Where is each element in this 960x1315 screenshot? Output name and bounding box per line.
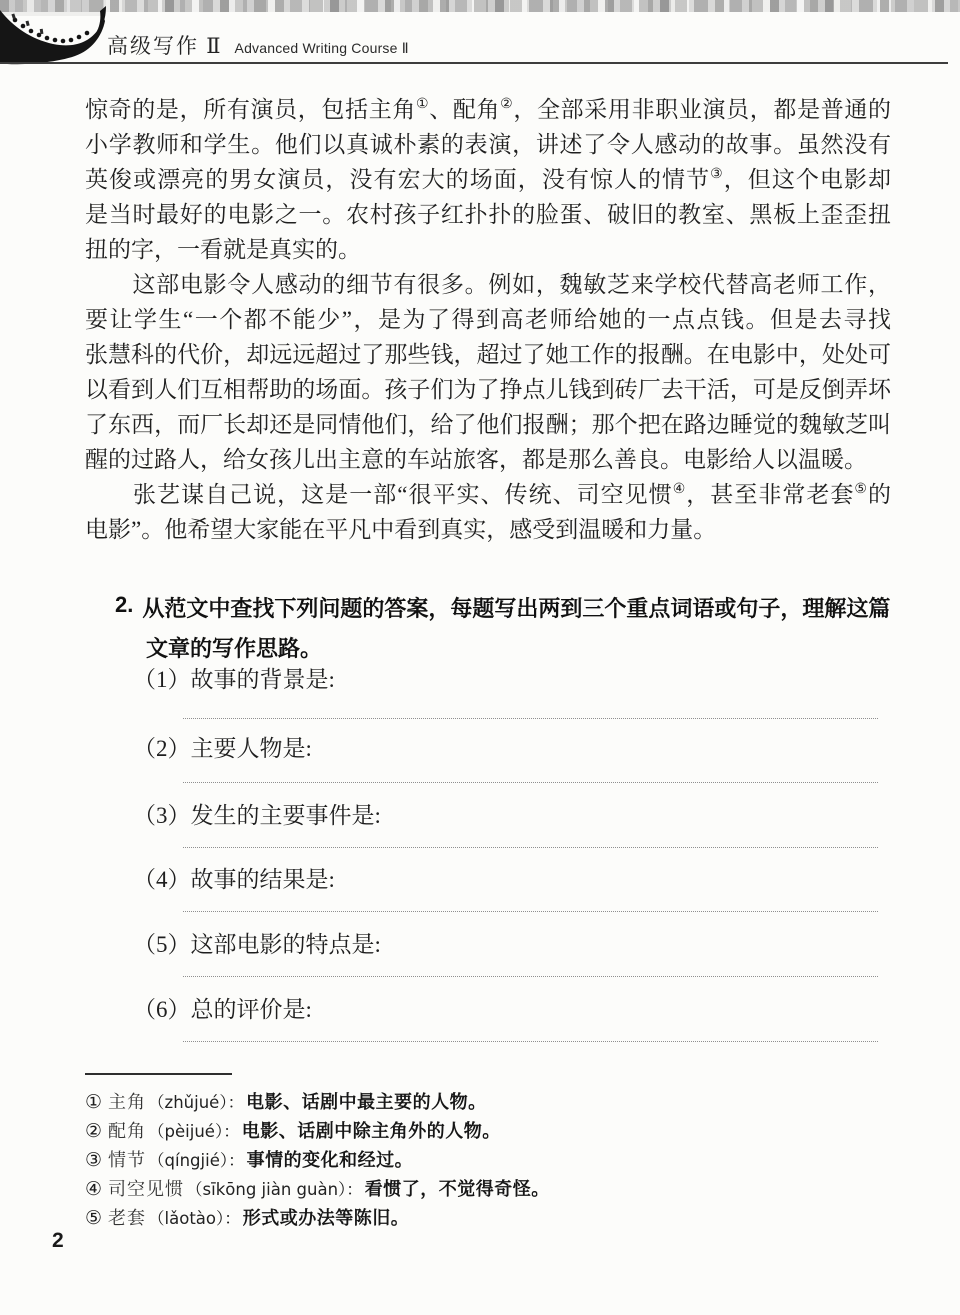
footnote-definition: 事情的变化和经过。 xyxy=(247,1146,414,1172)
footnote-term: 主角 xyxy=(108,1088,146,1114)
scan-noise-band xyxy=(0,0,960,12)
footnote-definition: 电影、话剧中除主角外的人物。 xyxy=(242,1117,501,1143)
footnote-marker: ④ xyxy=(85,1178,102,1201)
passage-line: 电影”。他希望大家能在平凡中看到真实，感受到温暖和力量。 xyxy=(85,512,891,547)
passage-line: 了东西，而厂长却还是同情他们，给了他们报酬；那个把在路边睡觉的魏敏芝叫 xyxy=(85,407,891,442)
footnote-marker: ② xyxy=(85,1120,102,1143)
footnote-definition: 电影、话剧中最主要的人物。 xyxy=(246,1088,487,1114)
passage-line: 醒的过路人，给女孩儿出主意的车站旅客，都是那么善良。电影给人以温暖。 xyxy=(85,442,891,477)
footnote-definition: 看惯了，不觉得奇怪。 xyxy=(365,1175,550,1201)
exercise-heading: 2. 从范文中查找下列问题的答案，每题写出两到三个重点词语或句子，理解这篇 文章… xyxy=(115,592,905,663)
footnote-separator xyxy=(85,1073,232,1075)
answer-line-2 xyxy=(183,782,878,783)
footnote-pinyin: （lǎotào）： xyxy=(148,1205,241,1229)
passage-line: 这部电影令人感动的细节有很多。例如，魏敏芝来学校代替高老师工作， xyxy=(85,267,891,302)
passage-line: 以看到人们互相帮助的场面。孩子们为了挣点儿钱到砖厂去干活，可是反倒弄坏 xyxy=(85,372,891,407)
answer-line-3 xyxy=(183,847,878,848)
passage-line: 张慧科的代价，却远远超过了那些钱，超过了她工作的报酬。在电影中，处处可 xyxy=(85,337,891,372)
question-label-3: （3）发生的主要事件是: xyxy=(133,797,381,830)
course-title-zh: 高级写作 Ⅱ xyxy=(107,30,223,60)
textbook-page: { "header": { "title_zh": "高级写作 Ⅱ", "tit… xyxy=(0,0,960,1315)
answer-line-5 xyxy=(183,976,878,977)
answer-line-6 xyxy=(183,1041,878,1042)
passage-line: 英俊或漂亮的男女演员，没有宏大的场面，没有惊人的情节③，但这个电影却 xyxy=(85,162,891,197)
exercise-instruction-line2: 文章的写作思路。 xyxy=(146,632,905,663)
footnote-item: ④ 司空见惯 （sīkōng jiàn guàn）： 看惯了，不觉得奇怪。 xyxy=(85,1175,550,1201)
question-label-6: （6）总的评价是: xyxy=(133,991,312,1024)
footnote-item: ⑤ 老套 （lǎotào）： 形式或办法等陈旧。 xyxy=(85,1204,409,1230)
footnote-term: 配角 xyxy=(108,1117,146,1143)
passage-line: 是当时最好的电影之一。农村孩子红扑扑的脸蛋、破旧的教室、黑板上歪歪扭 xyxy=(85,197,891,232)
footnote-item: ① 主角 （zhǔjué）： 电影、话剧中最主要的人物。 xyxy=(85,1088,487,1114)
footnote-term: 司空见惯 xyxy=(108,1175,184,1201)
course-title-en: Advanced Writing Course Ⅱ xyxy=(235,40,409,57)
passage-line: 张艺谋自己说，这是一部“很平实、传统、司空见惯④，甚至非常老套⑤的 xyxy=(85,477,891,512)
footnote-definition: 形式或办法等陈旧。 xyxy=(243,1204,410,1230)
temple-roof-image xyxy=(0,0,106,66)
passage-line: 要让学生“一个都不能少”，是为了得到高老师给她的一点点钱。但是去寻找 xyxy=(85,302,891,337)
passage-line: 惊奇的是，所有演员，包括主角①、配角②，全部采用非职业演员，都是普通的 xyxy=(85,92,891,127)
footnote-marker: ⑤ xyxy=(85,1207,102,1230)
footnote-pinyin: （qíngjié）： xyxy=(148,1147,245,1171)
exercise-instruction-line1: 从范文中查找下列问题的答案，每题写出两到三个重点词语或句子，理解这篇 xyxy=(142,592,890,623)
footnote-term: 情节 xyxy=(108,1146,146,1172)
question-label-2: （2）主要人物是: xyxy=(133,730,312,763)
footnote-pinyin: （sīkōng jiàn guàn）： xyxy=(186,1176,363,1200)
question-label-4: （4）故事的结果是: xyxy=(133,861,335,894)
header-rule xyxy=(0,62,948,64)
reading-passage: 惊奇的是，所有演员，包括主角①、配角②，全部采用非职业演员，都是普通的 小学教师… xyxy=(85,92,891,547)
footnote-item: ③ 情节 （qíngjié）： 事情的变化和经过。 xyxy=(85,1146,413,1172)
page-number: 2 xyxy=(52,1229,64,1253)
footnote-marker: ③ xyxy=(85,1149,102,1172)
question-label-5: （5）这部电影的特点是: xyxy=(133,926,381,959)
footnote-pinyin: （zhǔjué）： xyxy=(148,1089,244,1113)
answer-line-1 xyxy=(183,718,878,719)
exercise-number: 2. xyxy=(115,592,133,623)
answer-line-4 xyxy=(183,911,878,912)
question-label-1: （1）故事的背景是: xyxy=(133,661,335,694)
passage-line: 小学教师和学生。他们以真诚朴素的表演，讲述了令人感动的故事。虽然没有 xyxy=(85,127,891,162)
footnote-pinyin: （pèijué）： xyxy=(148,1118,240,1142)
course-title: 高级写作 Ⅱ Advanced Writing Course Ⅱ xyxy=(107,30,409,60)
footnote-marker: ① xyxy=(85,1091,102,1114)
footnote-item: ② 配角 （pèijué）： 电影、话剧中除主角外的人物。 xyxy=(85,1117,501,1143)
passage-line: 扭的字，一看就是真实的。 xyxy=(85,232,891,267)
footnote-term: 老套 xyxy=(108,1204,146,1230)
